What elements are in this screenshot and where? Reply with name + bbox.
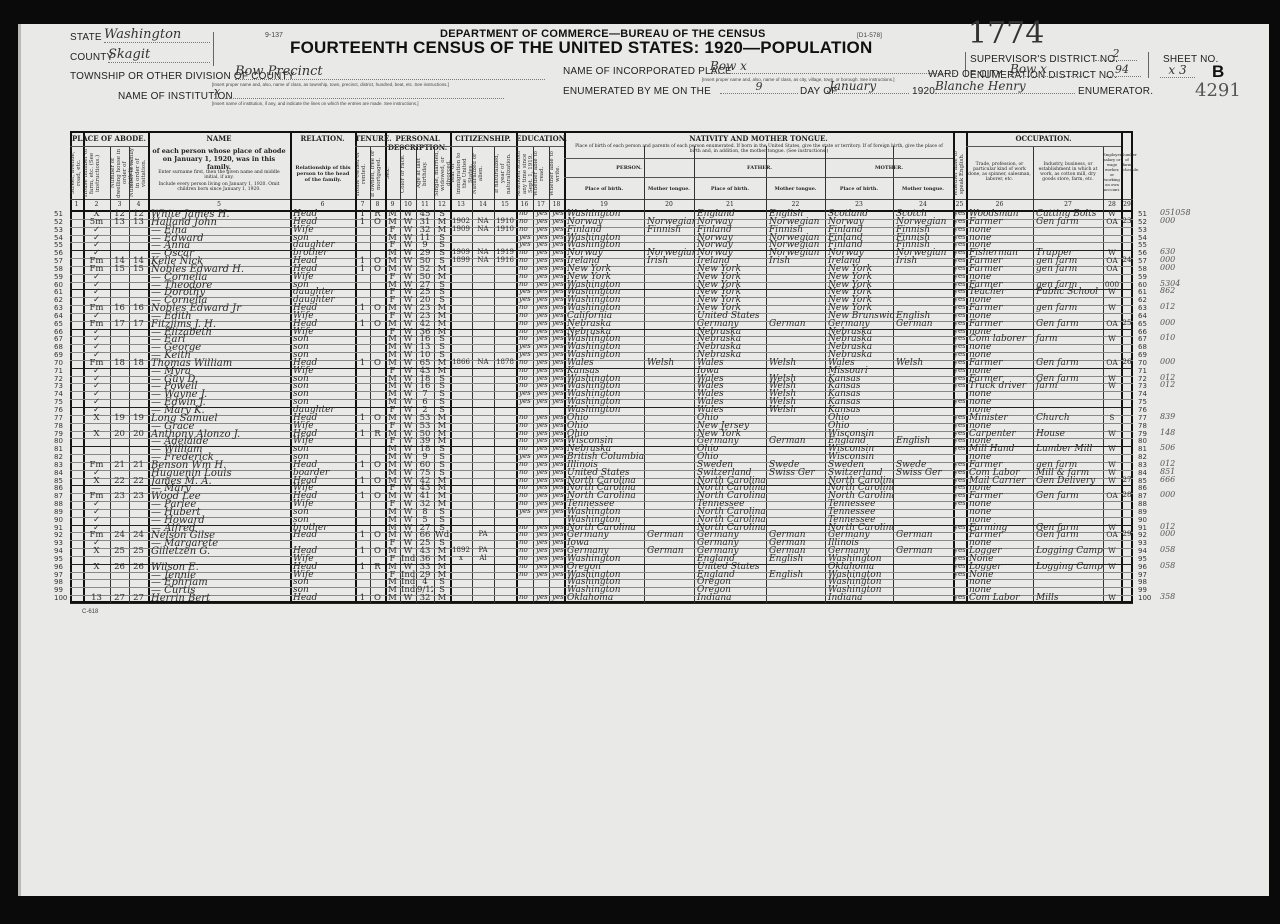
row-write: yes [550, 562, 565, 570]
line-number-left: 88 [54, 500, 63, 508]
row-mother-tongue: Swiss Ger [894, 468, 954, 478]
row-mother-tongue: German [894, 546, 954, 556]
occupation-code: 010 [1160, 333, 1175, 342]
row-school: no [517, 523, 534, 531]
row-read: yes [534, 264, 550, 272]
row-natyr: 1910 [495, 225, 515, 233]
row-father-pob: Indiana [695, 593, 767, 603]
row-school: no [517, 311, 534, 319]
row-english: yes [954, 350, 965, 358]
line-number-right: 67 [1138, 335, 1147, 343]
row-family: 13 [130, 217, 147, 227]
row-english: yes [954, 491, 965, 499]
row-dwelling: 20 [111, 429, 128, 439]
row-tenure: O [371, 217, 384, 227]
group-rule [450, 146, 516, 147]
row-tenure: R [371, 562, 384, 572]
ward-value: Bow x [1010, 62, 1090, 77]
row-family: 18 [130, 358, 147, 368]
vertical-header-c4: Number of family in order of visitation. [129, 148, 148, 198]
line-number-right: 71 [1138, 367, 1147, 375]
row-mother-pob: Indiana [826, 593, 894, 603]
column-number: 7 [355, 201, 370, 208]
line-number-left: 81 [54, 445, 63, 453]
row-school: no [517, 476, 534, 484]
row-english: yes [954, 413, 965, 421]
row-write: yes [550, 429, 565, 437]
vertical-header-c17: Whether able to read. [533, 149, 549, 198]
row-farm: 28 [1122, 491, 1132, 499]
line-number-right: 69 [1138, 351, 1147, 359]
row-school: no [517, 381, 534, 389]
line-number-left: 70 [54, 359, 63, 367]
mother-tongue-header: Mother tongue. [766, 186, 825, 192]
line-number-right: 51 [1138, 210, 1147, 218]
row-family: 16 [130, 303, 147, 313]
row-mother-tongue: German [894, 319, 954, 329]
row-write: yes [550, 476, 565, 484]
row-english: yes [954, 217, 965, 225]
row-own: 1 [356, 413, 369, 423]
line-number-right: 59 [1138, 273, 1147, 281]
row-industry: House [1034, 429, 1104, 439]
row-read: yes [534, 491, 550, 499]
row-nat: Al [473, 554, 493, 562]
row-industry: Gen farm [1034, 217, 1104, 227]
column-number: 22 [766, 201, 825, 208]
row-write: yes [550, 436, 565, 444]
row-industry: Gen farm [1034, 491, 1104, 501]
enumeration-value: 94 [1103, 63, 1141, 77]
row-write: yes [550, 593, 565, 601]
row-write: yes [550, 413, 565, 421]
line-number-left: 87 [54, 492, 63, 500]
line-number-right: 91 [1138, 524, 1147, 532]
column-number: 14 [472, 201, 494, 208]
row-tenure: R [371, 429, 384, 439]
row-nat: PA [473, 530, 493, 538]
row-read: yes [534, 334, 550, 342]
occupation-code: 666 [1160, 475, 1175, 484]
line-number-right: 83 [1138, 461, 1147, 469]
row-read: yes [534, 217, 550, 225]
column-number: 15 [494, 201, 516, 208]
row-tongue: German [645, 546, 695, 556]
row-industry: Gen Delivery [1034, 476, 1104, 486]
line-number-left: 73 [54, 382, 63, 390]
row-class: W [1104, 303, 1120, 312]
row-father-tongue: Welsh [767, 405, 826, 415]
line-number-right: 61 [1138, 288, 1147, 296]
row-read: yes [534, 468, 550, 476]
row-farm: 26 [1122, 358, 1132, 366]
occupation-code: 148 [1160, 428, 1175, 437]
row-tenure: O [371, 264, 384, 274]
row-own: 1 [356, 593, 369, 603]
group-rule [516, 146, 564, 147]
occupation-code: 000 [1160, 357, 1175, 366]
row-english: yes [954, 342, 965, 350]
county-value: Skagit [108, 47, 210, 63]
state-value: Washington [104, 27, 210, 43]
row-english: yes [954, 421, 965, 429]
row-read: yes [534, 381, 550, 389]
mother-tongue-header: Mother tongue. [893, 186, 953, 192]
line-number-right: 58 [1138, 265, 1147, 273]
line-number-right: 66 [1138, 328, 1147, 336]
row-class: W [1104, 546, 1120, 555]
row-own: 1 [356, 358, 369, 368]
line-number-right: 54 [1138, 234, 1147, 242]
group-rule [355, 146, 385, 147]
row-read: yes [534, 303, 550, 311]
row-family: 15 [130, 264, 147, 274]
incorporated-label: NAME OF INCORPORATED PLACE [563, 66, 732, 77]
vertical-header-c16: Attended school any time since Sept. 1, … [516, 149, 533, 198]
row-school: no [517, 225, 534, 233]
column-number: 26 [966, 201, 1033, 208]
line-number-right: 100 [1138, 594, 1151, 602]
county-label: COUNTY [70, 52, 113, 63]
row-school: yes [517, 350, 534, 358]
scan-border [0, 896, 1280, 924]
row-family: 27 [130, 593, 147, 603]
row-english: yes [954, 429, 965, 437]
row-read: yes [534, 476, 550, 484]
row-own: 1 [356, 562, 369, 572]
column-number: 16 [516, 201, 533, 208]
line-number-left: 52 [54, 218, 63, 226]
column-divider [494, 146, 495, 603]
row-school: no [517, 468, 534, 476]
row-read: yes [534, 554, 550, 562]
line-number-right: 72 [1138, 375, 1147, 383]
row-read: yes [534, 389, 550, 397]
row-immig: 1902 [451, 217, 471, 225]
vertical-header-c13: Year of immigration to the United States… [450, 149, 472, 198]
line-number-left: 82 [54, 453, 63, 461]
column-number: 4 [129, 201, 148, 208]
line-number-left: 71 [54, 367, 63, 375]
row-write: yes [550, 554, 565, 562]
row-school: no [517, 358, 534, 366]
column-number: 2 [83, 201, 110, 208]
row-read: yes [534, 240, 550, 248]
row-write: yes [550, 499, 565, 507]
line-number-left: 63 [54, 304, 63, 312]
row-english: yes [954, 381, 965, 389]
name-description: of each person whose place of abode on J… [152, 147, 286, 171]
occupation-code: 058 [1160, 561, 1175, 570]
row-english: yes [954, 225, 965, 233]
row-school: yes [517, 342, 534, 350]
row-father-tongue: English [767, 570, 826, 580]
row-mother-tongue: Irish [894, 256, 954, 266]
farm-schedule-header: Number of farm schedule. [1121, 152, 1133, 172]
line-number-right: 90 [1138, 516, 1147, 524]
row-read: yes [534, 436, 550, 444]
row-english: yes [954, 327, 965, 335]
row-father-tongue: Swiss Ger [767, 468, 826, 478]
vertical-header-c15: If naturalized, year of naturalization. [494, 149, 516, 198]
occupation-code: 839 [1160, 412, 1175, 421]
row-father-tongue: German [767, 319, 826, 329]
row-immig: 1909 [451, 225, 471, 233]
line-number-left: 60 [54, 281, 63, 289]
row-school: no [517, 319, 534, 327]
vertical-header-c2: House number or farm, etc. (See instruct… [83, 148, 110, 198]
group-occupation: OCCUPATION. [966, 134, 1121, 143]
row-own: 1 [356, 429, 369, 439]
row-family: 19 [130, 413, 147, 423]
vertical-header-c7: Home owned or rented. [355, 149, 370, 198]
row-english: yes [954, 460, 965, 468]
row-read: yes [534, 256, 550, 264]
row-father-tongue: Irish [767, 256, 826, 266]
row-farm: 27 [1122, 476, 1132, 484]
row-school: yes [517, 233, 534, 241]
line-number-left: 77 [54, 414, 63, 422]
row-class: W [1104, 429, 1120, 438]
row-english: yes [954, 256, 965, 264]
row-own: 1 [356, 546, 369, 556]
row-read: yes [534, 327, 550, 335]
line-number-right: 74 [1138, 390, 1147, 398]
line-number-left: 80 [54, 437, 63, 445]
line-number-right: 63 [1138, 304, 1147, 312]
row-industry: Logging Camp [1034, 546, 1104, 556]
column-number: 27 [1033, 201, 1103, 208]
row-school: no [517, 280, 534, 288]
colnum-rule [70, 199, 1133, 200]
row-english: yes [954, 287, 965, 295]
row-industry: farm [1034, 381, 1104, 391]
line-number-left: 79 [54, 430, 63, 438]
line-number-right: 78 [1138, 422, 1147, 430]
line-number-right: 60 [1138, 281, 1147, 289]
row-write: yes [550, 311, 565, 319]
row-read: yes [534, 413, 550, 421]
line-number-left: 95 [54, 555, 63, 563]
row-write: yes [550, 272, 565, 280]
occupation-code: 862 [1160, 286, 1175, 295]
row-tenure: O [371, 460, 384, 470]
row-english: yes [954, 248, 965, 256]
row-read: yes [534, 233, 550, 241]
row-school: yes [517, 287, 534, 295]
column-number: 20 [644, 201, 694, 208]
row-read: yes [534, 272, 550, 280]
nativity-description: Place of birth of each person and parent… [570, 144, 948, 154]
vertical-header-c18: Whether able to write. [549, 149, 564, 198]
row-write: yes [550, 366, 565, 374]
name-include-note: Include every person living on January 1… [152, 182, 286, 192]
row-read: yes [534, 374, 550, 382]
line-number-left: 66 [54, 328, 63, 336]
row-tongue: Welsh [645, 358, 695, 368]
line-number-left: 55 [54, 241, 63, 249]
row-read: yes [534, 429, 550, 437]
row-dwelling: 26 [111, 562, 128, 572]
group-rule [70, 146, 148, 147]
nativity-rule [564, 158, 953, 159]
row-english: yes [954, 272, 965, 280]
row-age: 32 [417, 593, 433, 603]
row-write: yes [550, 334, 565, 342]
row-class: W [1104, 593, 1120, 602]
row-write: yes [550, 421, 565, 429]
row-english: yes [954, 570, 965, 578]
line-number-right: 77 [1138, 414, 1147, 422]
father-header: FATHER. [694, 165, 825, 171]
line-number-right: 95 [1138, 555, 1147, 563]
row-industry: Lumber Mill [1034, 444, 1104, 454]
row-read: yes [534, 358, 550, 366]
row-write: yes [550, 570, 565, 578]
line-number-right: 79 [1138, 430, 1147, 438]
row-write: yes [550, 374, 565, 382]
row-industry: Gen farm [1034, 530, 1104, 540]
row-tongue: Finnish [645, 225, 695, 235]
row-write: yes [550, 303, 565, 311]
occupation-code: 000 [1160, 263, 1175, 272]
row-read: yes [534, 460, 550, 468]
row-tenure: O [371, 530, 384, 540]
row-mother-tongue: English [894, 436, 954, 446]
row-own: 1 [356, 460, 369, 470]
row-read: yes [534, 350, 550, 358]
row-english: yes [954, 523, 965, 531]
row-tenure: O [371, 319, 384, 329]
supervisor-value: 2 [1095, 47, 1137, 61]
row-english: yes [954, 280, 965, 288]
row-write: yes [550, 233, 565, 241]
row-read: yes [534, 248, 550, 256]
row-dwelling: 18 [111, 358, 128, 368]
row-english: yes [954, 233, 965, 241]
row-own: 1 [356, 491, 369, 501]
row-read: yes [534, 280, 550, 288]
line-number-right: 94 [1138, 547, 1147, 555]
row-dwelling: 21 [111, 460, 128, 470]
row-write: yes [550, 295, 565, 303]
occupation-code: 000 [1160, 490, 1175, 499]
row-read: yes [534, 444, 550, 452]
row-school: no [517, 460, 534, 468]
occupation-code: 000 [1160, 318, 1175, 327]
occupation-code: 506 [1160, 443, 1175, 452]
row-farm: 23 [1122, 217, 1132, 225]
header-divider [213, 32, 214, 66]
line-number-right: 84 [1138, 469, 1147, 477]
relation-description: Relationship of this person to the head … [294, 165, 352, 183]
row-class: W [1104, 334, 1120, 343]
row-family: 20 [130, 429, 147, 439]
line-number-left: 89 [54, 508, 63, 516]
row-write: yes [550, 507, 565, 515]
row-tongue: Irish [645, 256, 695, 266]
group-nativity: NATIVITY AND MOTHER TONGUE. [564, 134, 953, 143]
row-write: yes [550, 538, 565, 546]
form-number: 9-137 [265, 32, 283, 39]
row-father-tongue: German [767, 436, 826, 446]
row-house: X [84, 546, 109, 556]
row-immig: x [451, 554, 471, 562]
group-rule [966, 146, 1121, 147]
row-tenure: O [371, 491, 384, 501]
row-class: W [1104, 562, 1120, 571]
row-english: yes [954, 546, 965, 554]
row-school: no [517, 562, 534, 570]
line-number-right: 96 [1138, 563, 1147, 571]
row-school: no [517, 538, 534, 546]
row-nat: NA [473, 256, 493, 264]
group-tenure: TENURE. [355, 134, 385, 143]
row-read: yes [534, 295, 550, 303]
line-number-left: 57 [54, 257, 63, 265]
row-relation: Head [291, 593, 356, 603]
form-code: [D1-578] [857, 32, 882, 39]
place-of-birth-header: Place of birth. [825, 186, 893, 192]
row-english: yes [954, 264, 965, 272]
row-immig: 1892 [451, 546, 471, 554]
sheet-divider [1148, 52, 1149, 78]
row-read: yes [534, 397, 550, 405]
name-instruction: Enter surname first, then the given name… [152, 170, 286, 180]
row-nat: NA [473, 358, 493, 366]
row-class: W [1104, 444, 1120, 453]
row-write: yes [550, 468, 565, 476]
group-education: EDUCATION. [516, 134, 564, 143]
row-write: yes [550, 256, 565, 264]
row-relation: Head [291, 530, 356, 540]
line-number-right: 57 [1138, 257, 1147, 265]
row-write: yes [550, 483, 565, 491]
row-dwelling: 23 [111, 491, 128, 501]
person-header: PERSON. [564, 165, 694, 171]
row-school: yes [517, 389, 534, 397]
row-english: yes [954, 311, 965, 319]
row-own: 1 [356, 319, 369, 329]
column-number: 1 [70, 201, 83, 208]
incorporated-value: Bow x [710, 59, 955, 74]
row-school: no [517, 264, 534, 272]
row-own: 1 [356, 303, 369, 313]
row-school: no [517, 499, 534, 507]
row-industry: Public School [1034, 287, 1104, 297]
vertical-header-c14: Naturalized or alien. [472, 149, 494, 198]
row-english: yes [954, 499, 965, 507]
occupation-code: 012 [1160, 302, 1175, 311]
vertical-header-c11: Age at last birthday. [416, 149, 434, 198]
occupation-code: 000 [1160, 529, 1175, 538]
row-english: yes [954, 295, 965, 303]
row-read: yes [534, 523, 550, 531]
row-family: 21 [130, 460, 147, 470]
line-number-left: 58 [54, 265, 63, 273]
line-number-left: 54 [54, 234, 63, 242]
vertical-header-c9: Sex. [385, 149, 400, 198]
line-number-right: 75 [1138, 398, 1147, 406]
line-number-left: 62 [54, 296, 63, 304]
row-nat: NA [473, 217, 493, 225]
enumerated-month: January [829, 79, 909, 94]
row-industry: gen farm [1034, 264, 1104, 274]
row-write: yes [550, 209, 565, 217]
row-english: yes [954, 593, 965, 601]
row-school: yes [517, 240, 534, 248]
row-read: yes [534, 452, 550, 460]
